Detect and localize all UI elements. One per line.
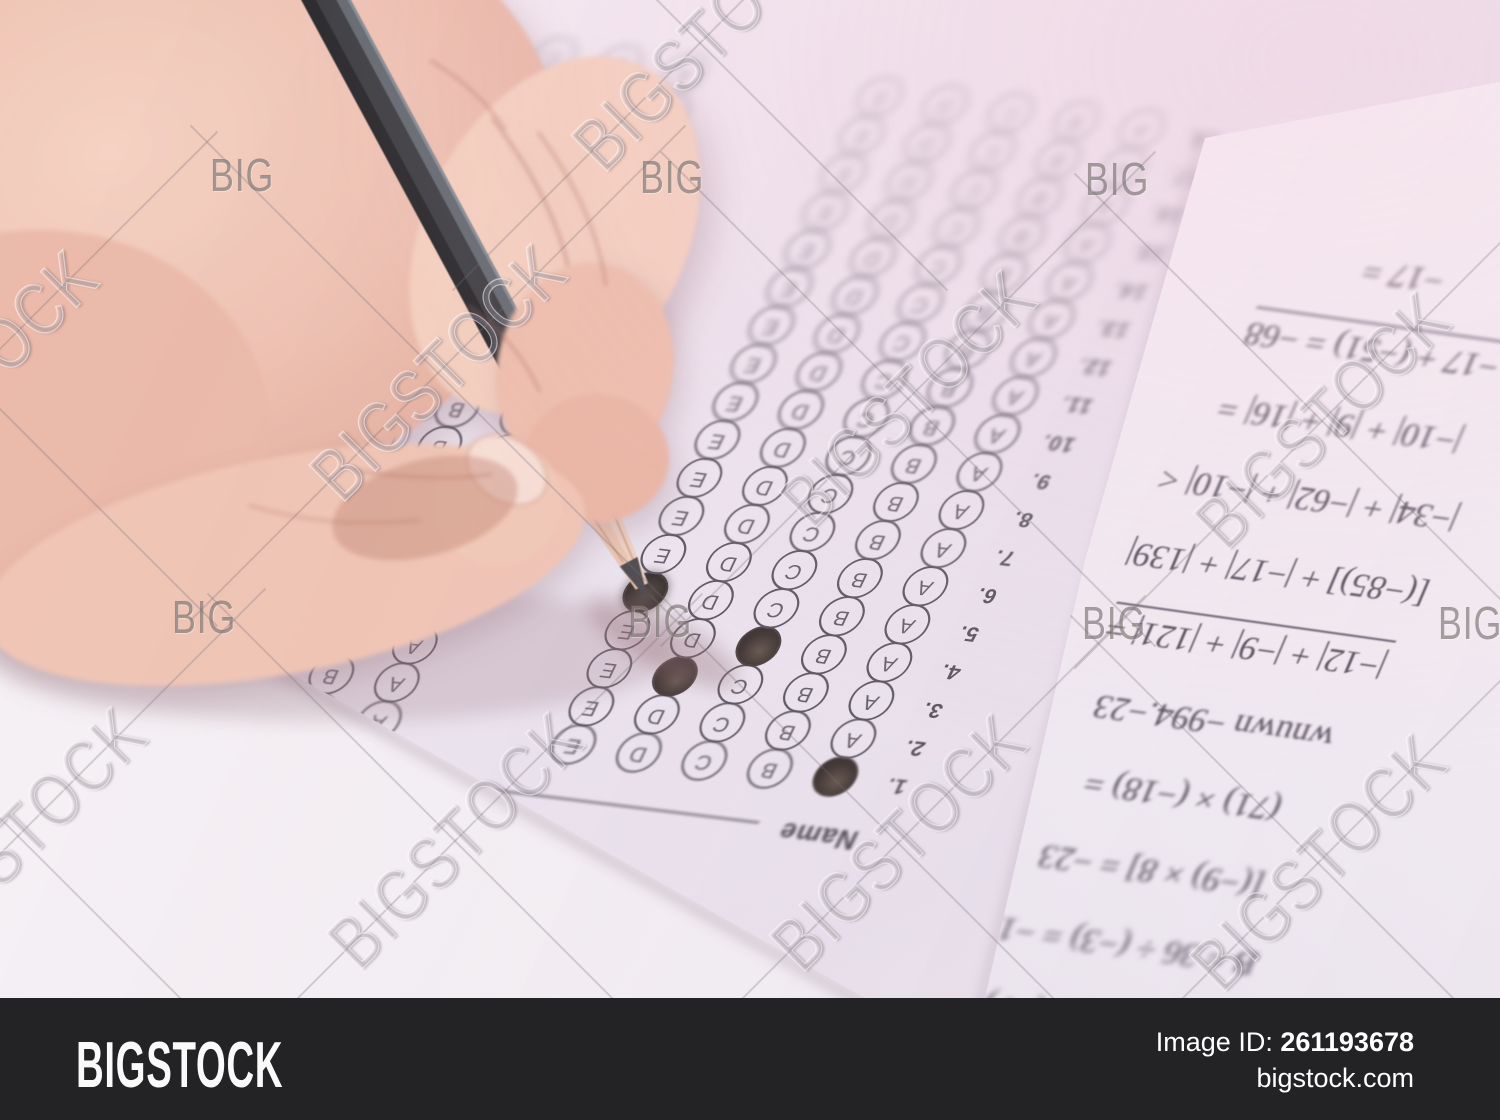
footer-bar: BIGSTOCK Image ID: 261193678 bigstock.co… — [0, 998, 1500, 1120]
photo-area: Name 1.BCDEABCDE2.ABCDEABCDE3.ABCEABCDE4… — [0, 0, 1500, 998]
image-credit-block: Image ID: 261193678 bigstock.com — [1156, 1024, 1414, 1096]
image-id-line: Image ID: 261193678 — [1156, 1024, 1414, 1060]
image-id-value: 261193678 — [1280, 1027, 1414, 1057]
website-url: bigstock.com — [1156, 1060, 1414, 1096]
image-id-label: Image ID: — [1156, 1027, 1273, 1057]
pencil-graphite-tip — [620, 557, 658, 605]
hand-and-pencil-illustration — [0, 0, 1500, 998]
stock-photo-page: Name 1.BCDEABCDE2.ABCDEABCDE3.ABCEABCDE4… — [0, 0, 1500, 1120]
bigstock-logo: BIGSTOCK — [76, 1028, 283, 1103]
